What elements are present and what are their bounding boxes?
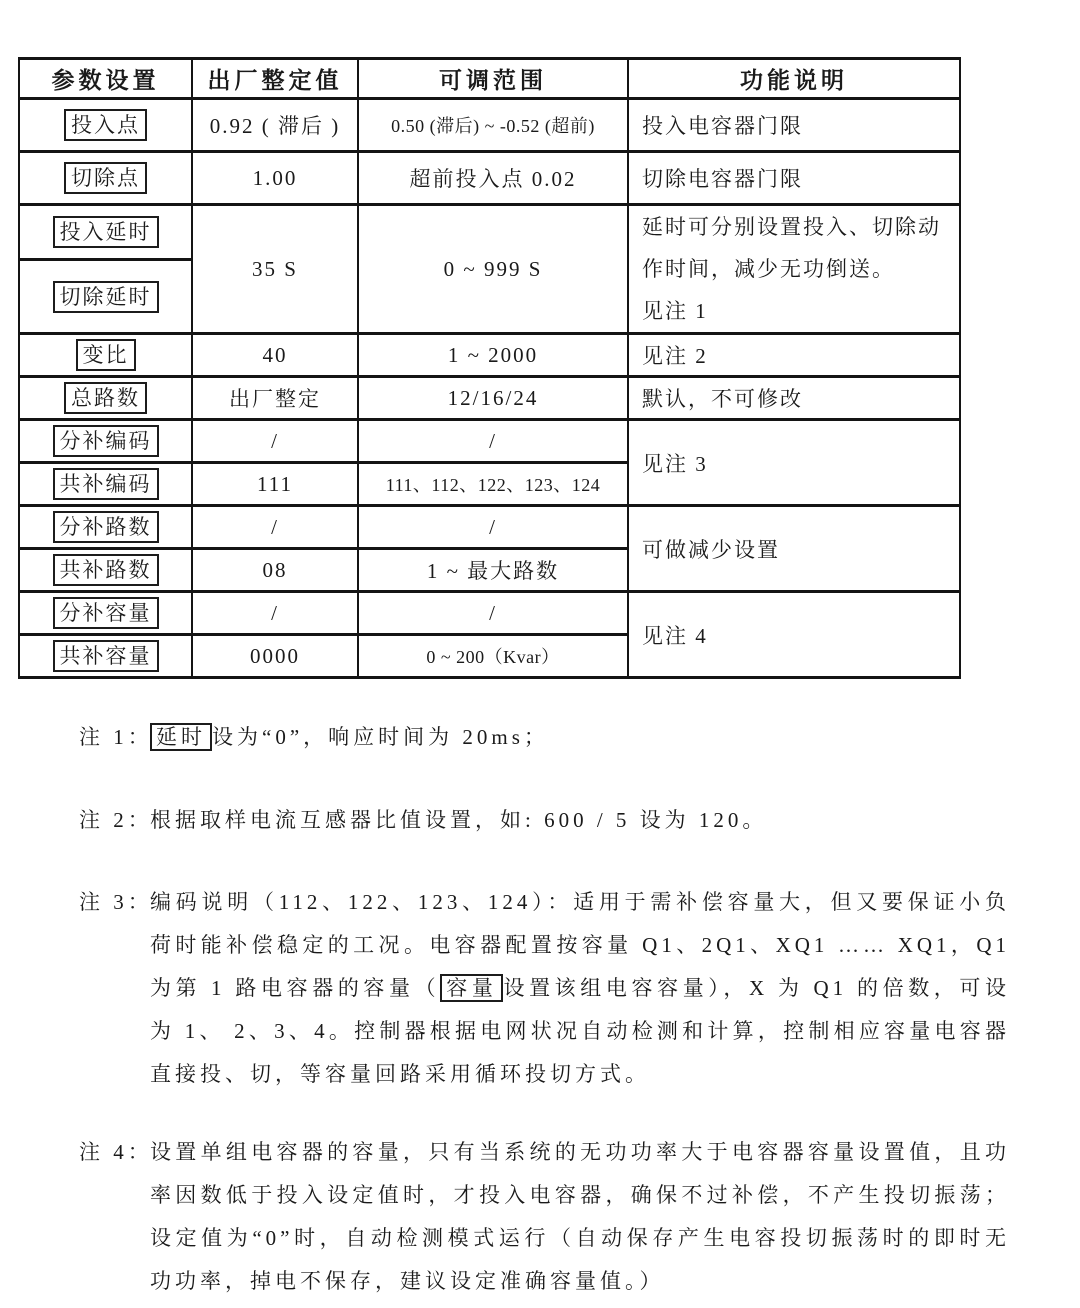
table-row: 切除点 1.00 超前投入点 0.02 切除电容器门限 — [19, 152, 960, 205]
note-3: 注 3： 编码说明（112、122、123、124）：适用于需补偿容量大，但又要… — [79, 881, 1010, 1096]
col-header-range-label: 可调范围 — [439, 68, 547, 93]
cell-cut-off-point: 切除点 — [19, 152, 192, 205]
cell-split-comp-code-factory: / — [192, 420, 358, 463]
param-label-box: 投入延时 — [53, 216, 159, 248]
param-label-box: 分补路数 — [53, 511, 159, 543]
note-2: 注 2： 根据取样电流互感器比值设置，如: 600 / 5 设为 120。 — [79, 799, 1010, 842]
table-row: 分补路数 / / 可做减少设置 — [19, 506, 960, 549]
col-header-param: 参数设置 — [19, 59, 192, 99]
cell-comp-circuits-function: 可做减少设置 — [628, 506, 960, 592]
note-1-text: 延时设为“0”，响应时间为 20ms； — [150, 716, 1010, 759]
param-label-box: 共补路数 — [53, 554, 159, 586]
cell-cut-off-range: 超前投入点 0.02 — [358, 152, 628, 205]
cell-switch-in-range: 0.50 (滞后) ~ -0.52 (超前) — [358, 99, 628, 152]
cell-total-circuits-function: 默认，不可修改 — [628, 377, 960, 420]
boxed-word-capacity: 容量 — [440, 974, 503, 1002]
param-label-box: 共补容量 — [53, 640, 159, 672]
cell-split-comp-circuits-factory: / — [192, 506, 358, 549]
cell-split-comp-capacity: 分补容量 — [19, 592, 192, 635]
param-label-box: 分补编码 — [53, 425, 159, 457]
param-label-box: 切除延时 — [53, 281, 159, 313]
cell-switch-in-factory: 0.92 ( 滞后 ) — [192, 99, 358, 152]
cell-common-comp-capacity-range: 0 ~ 200（Kvar） — [358, 635, 628, 678]
table-row: 投入点 0.92 ( 滞后 ) 0.50 (滞后) ~ -0.52 (超前) 投… — [19, 99, 960, 152]
cell-common-comp-code-range: 111、112、122、123、124 — [358, 463, 628, 506]
col-header-function-label: 功能说明 — [740, 68, 848, 93]
cell-ratio-function: 见注 2 — [628, 334, 960, 377]
header-row: 参数设置 出厂整定值 可调范围 功能说明 — [19, 59, 960, 99]
cell-switch-in-delay: 投入延时 — [19, 205, 192, 260]
document-page: 参数设置 出厂整定值 可调范围 功能说明 投入点 0.92 ( 滞后 ) 0.5… — [0, 0, 1080, 1308]
param-label-box: 切除点 — [64, 162, 147, 194]
note-3-text: 编码说明（112、122、123、124）：适用于需补偿容量大，但又要保证小负荷… — [150, 881, 1010, 1096]
cell-comp-code-function: 见注 3 — [628, 420, 960, 506]
cell-cut-off-factory: 1.00 — [192, 152, 358, 205]
cell-cut-off-function: 切除电容器门限 — [628, 152, 960, 205]
parameter-table: 参数设置 出厂整定值 可调范围 功能说明 投入点 0.92 ( 滞后 ) 0.5… — [18, 57, 961, 679]
note-2-label: 注 2： — [79, 799, 150, 842]
note-4: 注 4： 设置单组电容器的容量，只有当系统的无功功率大于电容器容量设置值，且功率… — [79, 1131, 1010, 1303]
cell-switch-in-point: 投入点 — [19, 99, 192, 152]
cell-common-comp-code: 共补编码 — [19, 463, 192, 506]
cell-split-comp-code: 分补编码 — [19, 420, 192, 463]
cell-common-comp-circuits: 共补路数 — [19, 549, 192, 592]
note-4-text: 设置单组电容器的容量，只有当系统的无功功率大于电容器容量设置值，且功率因数低于投… — [150, 1131, 1010, 1303]
cell-common-comp-circuits-range: 1 ~ 最大路数 — [358, 549, 628, 592]
cell-common-comp-capacity-factory: 0000 — [192, 635, 358, 678]
note-1-label: 注 1： — [79, 716, 150, 759]
col-header-factory: 出厂整定值 — [192, 59, 358, 99]
cell-split-comp-capacity-range: / — [358, 592, 628, 635]
table-row: 变比 40 1 ~ 2000 见注 2 — [19, 334, 960, 377]
note-4-label: 注 4： — [79, 1131, 150, 1303]
col-header-param-label: 参数设置 — [52, 68, 160, 93]
cell-split-comp-circuits: 分补路数 — [19, 506, 192, 549]
param-label-box: 总路数 — [64, 382, 147, 414]
table-row: 投入延时 35 S 0 ~ 999 S 延时可分别设置投入、切除动作时间，减少无… — [19, 205, 960, 260]
note-1: 注 1： 延时设为“0”，响应时间为 20ms； — [79, 716, 1010, 759]
delay-function-note-ref: 见注 1 — [642, 290, 955, 332]
cell-ratio-range: 1 ~ 2000 — [358, 334, 628, 377]
cell-common-comp-code-factory: 111 — [192, 463, 358, 506]
note-3-label: 注 3： — [79, 881, 150, 1096]
cell-total-circuits: 总路数 — [19, 377, 192, 420]
col-header-factory-label: 出厂整定值 — [208, 68, 343, 93]
cell-switch-in-function: 投入电容器门限 — [628, 99, 960, 152]
table-row: 分补容量 / / 见注 4 — [19, 592, 960, 635]
param-label-box: 分补容量 — [53, 597, 159, 629]
col-header-range: 可调范围 — [358, 59, 628, 99]
cell-delay-factory: 35 S — [192, 205, 358, 334]
cell-split-comp-capacity-factory: / — [192, 592, 358, 635]
table-row: 分补编码 / / 见注 3 — [19, 420, 960, 463]
cell-comp-capacity-function: 见注 4 — [628, 592, 960, 678]
table-row: 总路数 出厂整定 12/16/24 默认，不可修改 — [19, 377, 960, 420]
cell-total-circuits-range: 12/16/24 — [358, 377, 628, 420]
delay-function-description: 延时可分别设置投入、切除动作时间，减少无功倒送。 — [642, 206, 955, 290]
cell-ratio-factory: 40 — [192, 334, 358, 377]
cell-split-comp-circuits-range: / — [358, 506, 628, 549]
cell-cut-off-delay: 切除延时 — [19, 260, 192, 334]
param-label-box: 共补编码 — [53, 468, 159, 500]
note-2-text: 根据取样电流互感器比值设置，如: 600 / 5 设为 120。 — [150, 799, 1010, 842]
param-label-box: 投入点 — [64, 109, 147, 141]
boxed-word-delay: 延时 — [150, 723, 212, 751]
cell-total-circuits-factory: 出厂整定 — [192, 377, 358, 420]
col-header-function: 功能说明 — [628, 59, 960, 99]
cell-split-comp-code-range: / — [358, 420, 628, 463]
cell-delay-range: 0 ~ 999 S — [358, 205, 628, 334]
cell-ratio: 变比 — [19, 334, 192, 377]
cell-common-comp-circuits-factory: 08 — [192, 549, 358, 592]
param-label-box: 变比 — [76, 339, 136, 371]
cell-common-comp-capacity: 共补容量 — [19, 635, 192, 678]
cell-delay-function: 延时可分别设置投入、切除动作时间，减少无功倒送。 见注 1 — [628, 205, 960, 334]
